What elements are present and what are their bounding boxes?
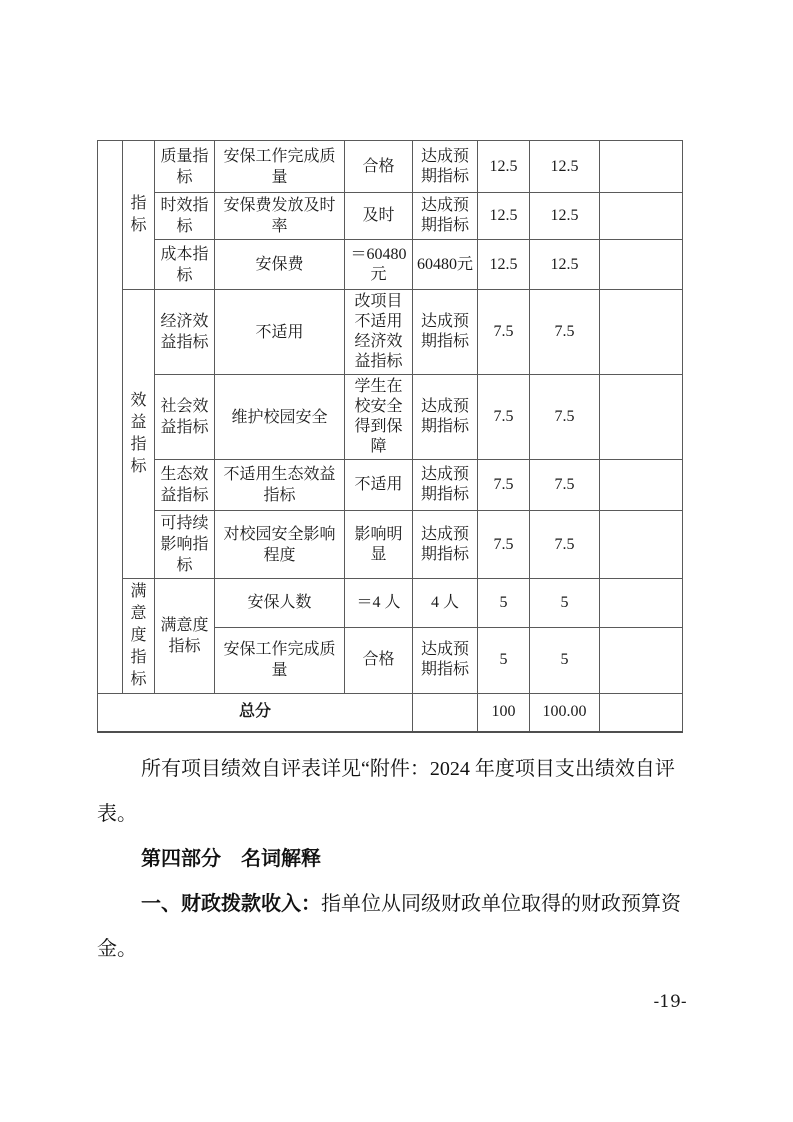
actual-value-cell: 达成预期指标: [413, 460, 478, 511]
weight-score-cell: 12.5: [478, 193, 530, 240]
table-row: 指标 质量指标 安保工作完成质量 合格 达成预期指标 12.5 12.5: [98, 141, 683, 193]
self-score-cell: 7.5: [530, 511, 600, 579]
self-score-cell: 12.5: [530, 240, 600, 290]
weight-score-cell: 5: [478, 579, 530, 628]
weight-score-cell: 12.5: [478, 141, 530, 193]
row-spacer-cell: [98, 141, 123, 694]
remark-cell: [600, 375, 683, 460]
actual-value-cell: 达成预期指标: [413, 193, 478, 240]
table-row: 时效指标 安保费发放及时率 及时 达成预期指标 12.5 12.5: [98, 193, 683, 240]
page-number: -19-: [628, 992, 712, 1012]
remark-cell: [600, 694, 683, 732]
indicator-group-cell: 指标: [123, 141, 155, 290]
indicator-desc-cell: 安保人数: [215, 579, 345, 628]
indicator-group-cell: 效益指标: [123, 290, 155, 579]
remark-cell: [600, 141, 683, 193]
weight-score-cell: 7.5: [478, 460, 530, 511]
indicator-desc-cell: 安保工作完成质量: [215, 141, 345, 193]
target-value-cell: ＝4 人: [345, 579, 413, 628]
performance-indicator-table: 指标 质量指标 安保工作完成质量 合格 达成预期指标 12.5 12.5 时效指…: [97, 140, 683, 733]
actual-value-cell: 60480元: [413, 240, 478, 290]
weight-score-cell: 7.5: [478, 511, 530, 579]
target-value-cell: 及时: [345, 193, 413, 240]
self-score-cell: 5: [530, 627, 600, 693]
weight-score-cell: 12.5: [478, 240, 530, 290]
weight-score-cell: 7.5: [478, 375, 530, 460]
indicator-name-cell: 社会效益指标: [155, 375, 215, 460]
target-value-cell: 学生在校安全得到保障: [345, 375, 413, 460]
indicator-desc-cell: 不适用生态效益指标: [215, 460, 345, 511]
total-row: 总分 100 100.00: [98, 694, 683, 732]
remark-cell: [600, 290, 683, 375]
body-text-block: 所有项目绩效自评表详见“附件：2024 年度项目支出绩效自评表。 第四部分 名词…: [97, 747, 683, 972]
indicator-name-cell: 生态效益指标: [155, 460, 215, 511]
self-score-cell: 7.5: [530, 460, 600, 511]
actual-value-cell: 达成预期指标: [413, 375, 478, 460]
table-row: 满意度指标 满意度指标 安保人数 ＝4 人 4 人 5 5: [98, 579, 683, 628]
self-score-cell: 12.5: [530, 141, 600, 193]
indicator-name-cell: 满意度指标: [155, 579, 215, 694]
indicator-desc-cell: 安保费发放及时率: [215, 193, 345, 240]
remark-cell: [600, 240, 683, 290]
total-label-cell: 总分: [98, 694, 413, 732]
target-value-cell: 影响明显: [345, 511, 413, 579]
section-heading: 第四部分 名词解释: [97, 837, 683, 882]
target-value-cell: 合格: [345, 627, 413, 693]
target-value-cell: 合格: [345, 141, 413, 193]
total-self-score-cell: 100.00: [530, 694, 600, 732]
table-row: 可持续影响指标 对校园安全影响程度 影响明显 达成预期指标 7.5 7.5: [98, 511, 683, 579]
remark-cell: [600, 460, 683, 511]
indicator-desc-cell: 对校园安全影响程度: [215, 511, 345, 579]
target-value-cell: 改项目不适用经济效益指标: [345, 290, 413, 375]
indicator-desc-cell: 维护校园安全: [215, 375, 345, 460]
indicator-group-cell: 满意度指标: [123, 579, 155, 694]
weight-score-cell: 7.5: [478, 290, 530, 375]
remark-cell: [600, 627, 683, 693]
indicator-name-cell: 经济效益指标: [155, 290, 215, 375]
indicator-desc-cell: 安保费: [215, 240, 345, 290]
remark-cell: [600, 511, 683, 579]
self-score-cell: 7.5: [530, 375, 600, 460]
paragraph-attachment-note: 所有项目绩效自评表详见“附件：2024 年度项目支出绩效自评表。: [97, 747, 683, 837]
indicator-name-cell: 可持续影响指标: [155, 511, 215, 579]
actual-value-cell: 达成预期指标: [413, 290, 478, 375]
indicator-name-cell: 时效指标: [155, 193, 215, 240]
weight-score-cell: 5: [478, 627, 530, 693]
self-score-cell: 5: [530, 579, 600, 628]
document-page: 指标 质量指标 安保工作完成质量 合格 达成预期指标 12.5 12.5 时效指…: [0, 0, 793, 1122]
self-score-cell: 12.5: [530, 193, 600, 240]
actual-value-cell: 达成预期指标: [413, 511, 478, 579]
table-row: 效益指标 经济效益指标 不适用 改项目不适用经济效益指标 达成预期指标 7.5 …: [98, 290, 683, 375]
remark-cell: [600, 579, 683, 628]
actual-value-cell: [413, 694, 478, 732]
indicator-name-cell: 质量指标: [155, 141, 215, 193]
table-row: 社会效益指标 维护校园安全 学生在校安全得到保障 达成预期指标 7.5 7.5: [98, 375, 683, 460]
self-score-cell: 7.5: [530, 290, 600, 375]
target-value-cell: 不适用: [345, 460, 413, 511]
target-value-cell: ＝60480元: [345, 240, 413, 290]
term-name: 一、财政拨款收入：: [141, 893, 321, 915]
actual-value-cell: 4 人: [413, 579, 478, 628]
indicator-name-cell: 成本指标: [155, 240, 215, 290]
actual-value-cell: 达成预期指标: [413, 627, 478, 693]
total-score-cell: 100: [478, 694, 530, 732]
indicator-desc-cell: 安保工作完成质量: [215, 627, 345, 693]
remark-cell: [600, 193, 683, 240]
actual-value-cell: 达成预期指标: [413, 141, 478, 193]
table-row: 成本指标 安保费 ＝60480元 60480元 12.5 12.5: [98, 240, 683, 290]
indicator-desc-cell: 不适用: [215, 290, 345, 375]
table-row: 生态效益指标 不适用生态效益指标 不适用 达成预期指标 7.5 7.5: [98, 460, 683, 511]
paragraph-term-definition: 一、财政拨款收入：指单位从同级财政单位取得的财政预算资金。: [97, 882, 683, 972]
